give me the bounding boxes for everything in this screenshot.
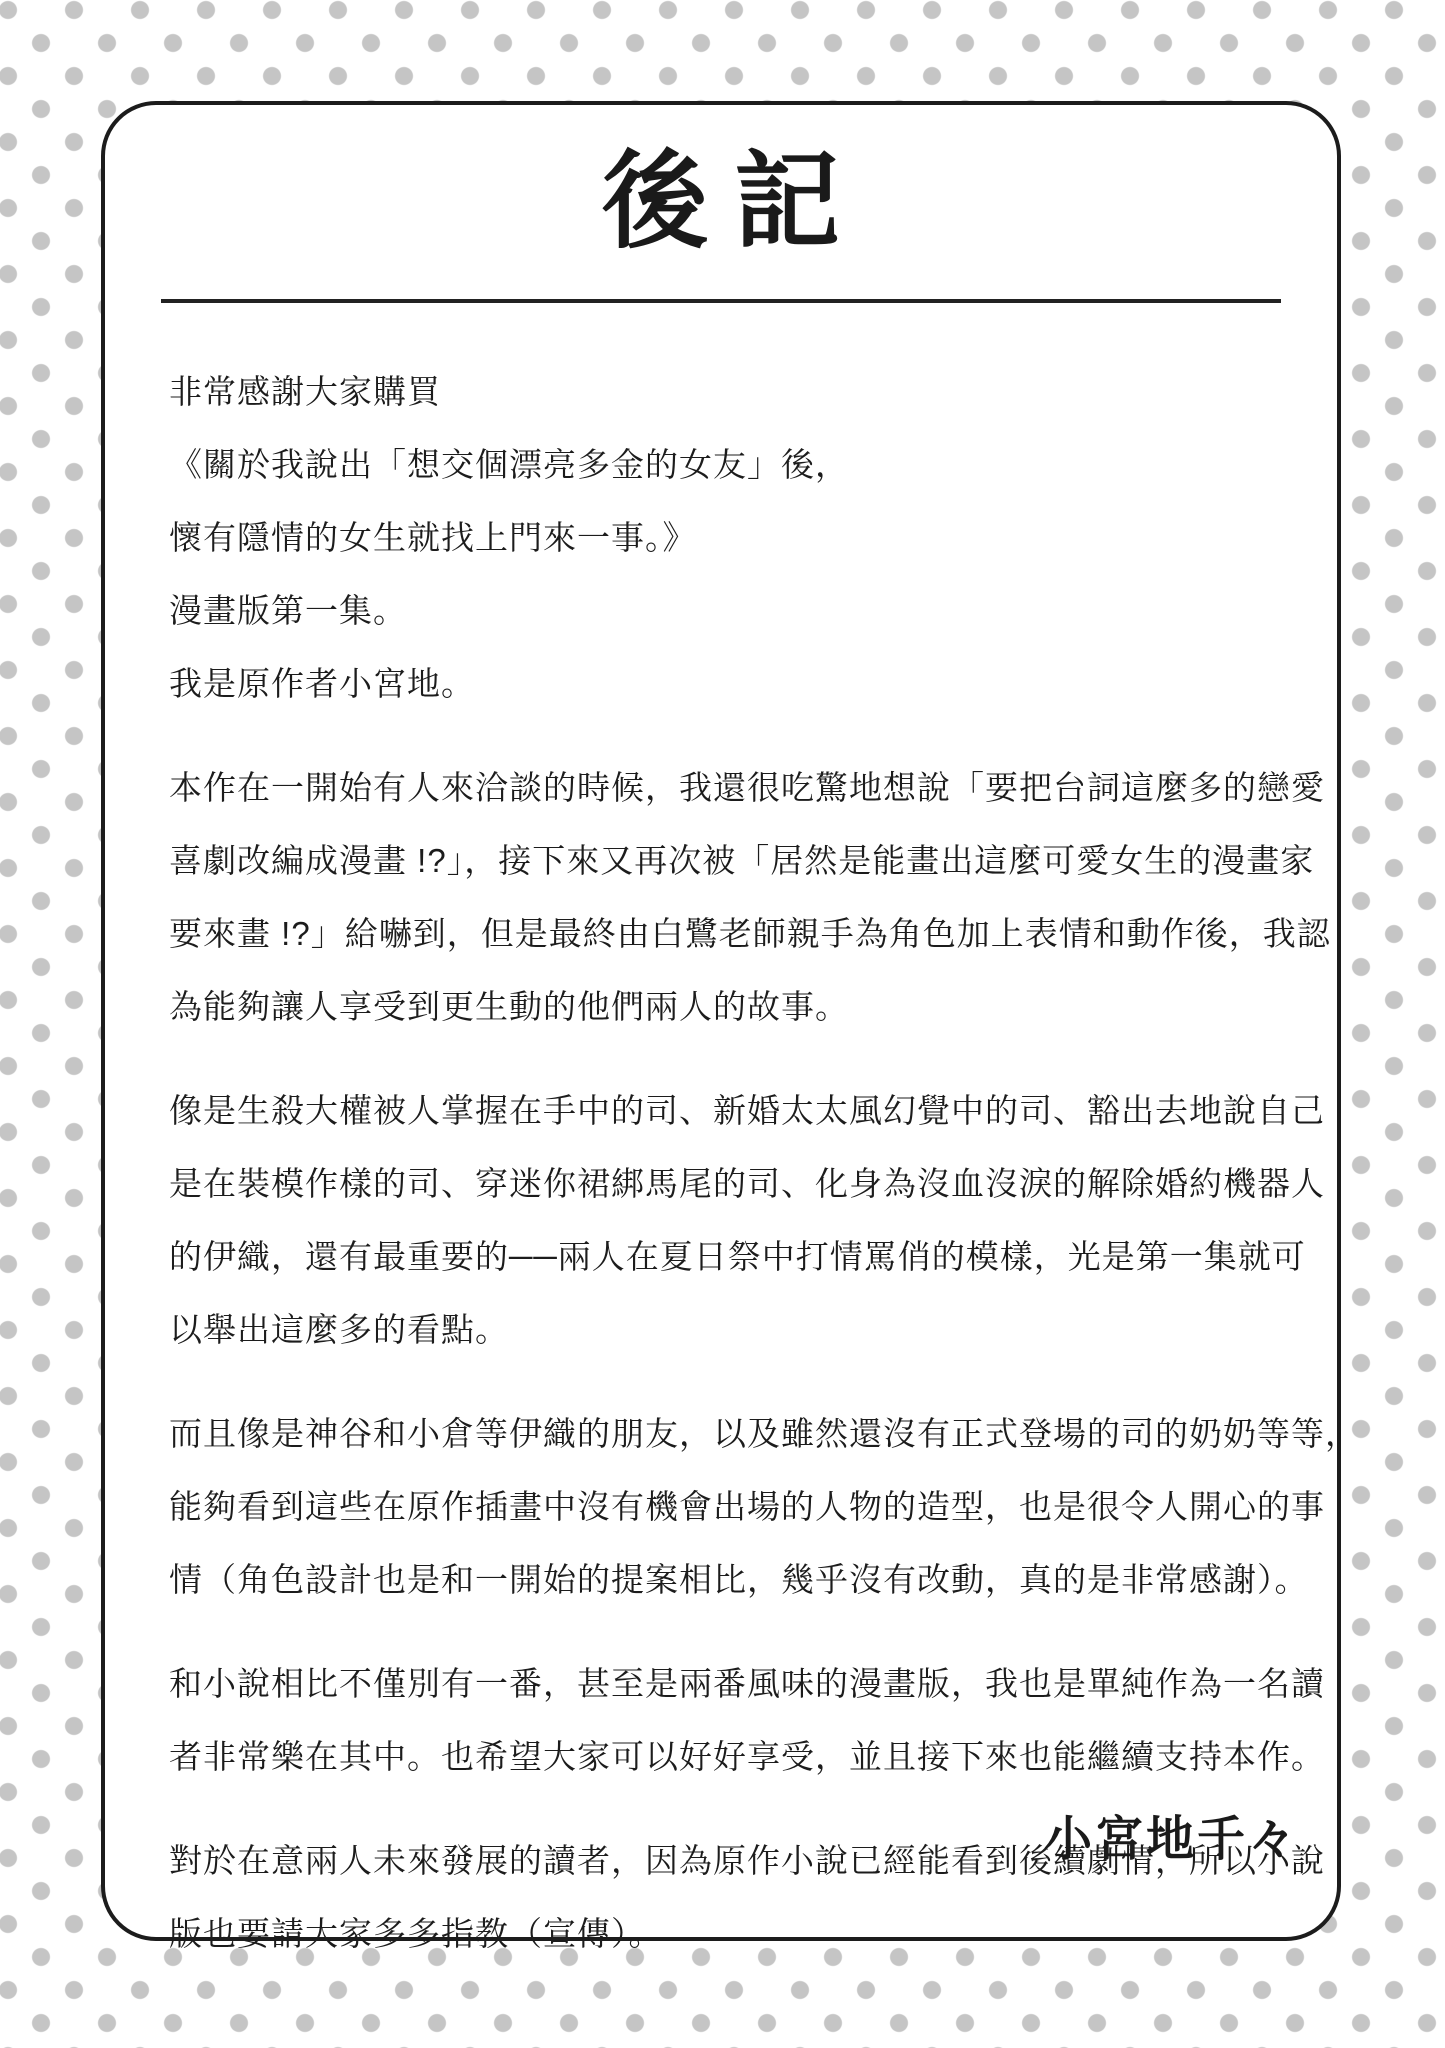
text-line: 版也要請大家多多指教（宣傳）。	[169, 1897, 1295, 1970]
page-title: 後記	[105, 147, 1337, 257]
paragraph: 而且像是神谷和小倉等伊織的朋友，以及雖然還沒有正式登場的司的奶奶等等，能夠看到這…	[169, 1397, 1295, 1616]
text-line: 漫畫版第一集。	[169, 574, 1295, 647]
text-line: 者非常樂在其中。也希望大家可以好好享受，並且接下來也能繼續支持本作。	[169, 1720, 1295, 1793]
text-line: 我是原作者小宮地。	[169, 647, 1295, 720]
text-line: 懷有隱情的女生就找上門來一事。》	[169, 501, 1295, 574]
text-line: 而且像是神谷和小倉等伊織的朋友，以及雖然還沒有正式登場的司的奶奶等等，	[169, 1397, 1295, 1470]
paragraph: 和小說相比不僅別有一番，甚至是兩番風味的漫畫版，我也是單純作為一名讀者非常樂在其…	[169, 1647, 1295, 1793]
text-line: 以舉出這麼多的看點。	[169, 1293, 1295, 1366]
paragraph: 像是生殺大權被人掌握在手中的司、新婚太太風幻覺中的司、豁出去地說自己是在裝模作樣…	[169, 1074, 1295, 1366]
text-line: 情（角色設計也是和一開始的提案相比，幾乎沒有改動，真的是非常感謝）。	[169, 1543, 1295, 1616]
text-line: 是在裝模作樣的司、穿迷你裙綁馬尾的司、化身為沒血沒淚的解除婚約機器人	[169, 1147, 1295, 1220]
text-line: 的伊織，還有最重要的──兩人在夏日祭中打情罵俏的模樣，光是第一集就可	[169, 1220, 1295, 1293]
text-line: 喜劇改編成漫畫 !?」，接下來又再次被「居然是能畫出這麼可愛女生的漫畫家	[169, 824, 1295, 897]
afterword-page: { "title": "後記", "signature": "小宮地千々", "…	[0, 0, 1445, 2048]
afterword-card: 後記 非常感謝大家購買《關於我說出「想交個漂亮多金的女友」後，懷有隱情的女生就找…	[101, 101, 1341, 1941]
text-line: 非常感謝大家購買	[169, 355, 1295, 428]
text-line: 《關於我說出「想交個漂亮多金的女友」後，	[169, 428, 1295, 501]
author-signature: 小宮地千々	[1044, 1800, 1299, 1869]
title-divider	[161, 299, 1281, 303]
afterword-body: 非常感謝大家購買《關於我說出「想交個漂亮多金的女友」後，懷有隱情的女生就找上門來…	[169, 355, 1295, 1970]
paragraph: 本作在一開始有人來洽談的時候，我還很吃驚地想說「要把台詞這麼多的戀愛喜劇改編成漫…	[169, 751, 1295, 1043]
text-line: 本作在一開始有人來洽談的時候，我還很吃驚地想說「要把台詞這麼多的戀愛	[169, 751, 1295, 824]
text-line: 像是生殺大權被人掌握在手中的司、新婚太太風幻覺中的司、豁出去地說自己	[169, 1074, 1295, 1147]
paragraph: 非常感謝大家購買《關於我說出「想交個漂亮多金的女友」後，懷有隱情的女生就找上門來…	[169, 355, 1295, 720]
text-line: 為能夠讓人享受到更生動的他們兩人的故事。	[169, 970, 1295, 1043]
text-line: 要來畫 !?」給嚇到，但是最終由白鷺老師親手為角色加上表情和動作後，我認	[169, 897, 1295, 970]
text-line: 和小說相比不僅別有一番，甚至是兩番風味的漫畫版，我也是單純作為一名讀	[169, 1647, 1295, 1720]
text-line: 能夠看到這些在原作插畫中沒有機會出場的人物的造型，也是很令人開心的事	[169, 1470, 1295, 1543]
